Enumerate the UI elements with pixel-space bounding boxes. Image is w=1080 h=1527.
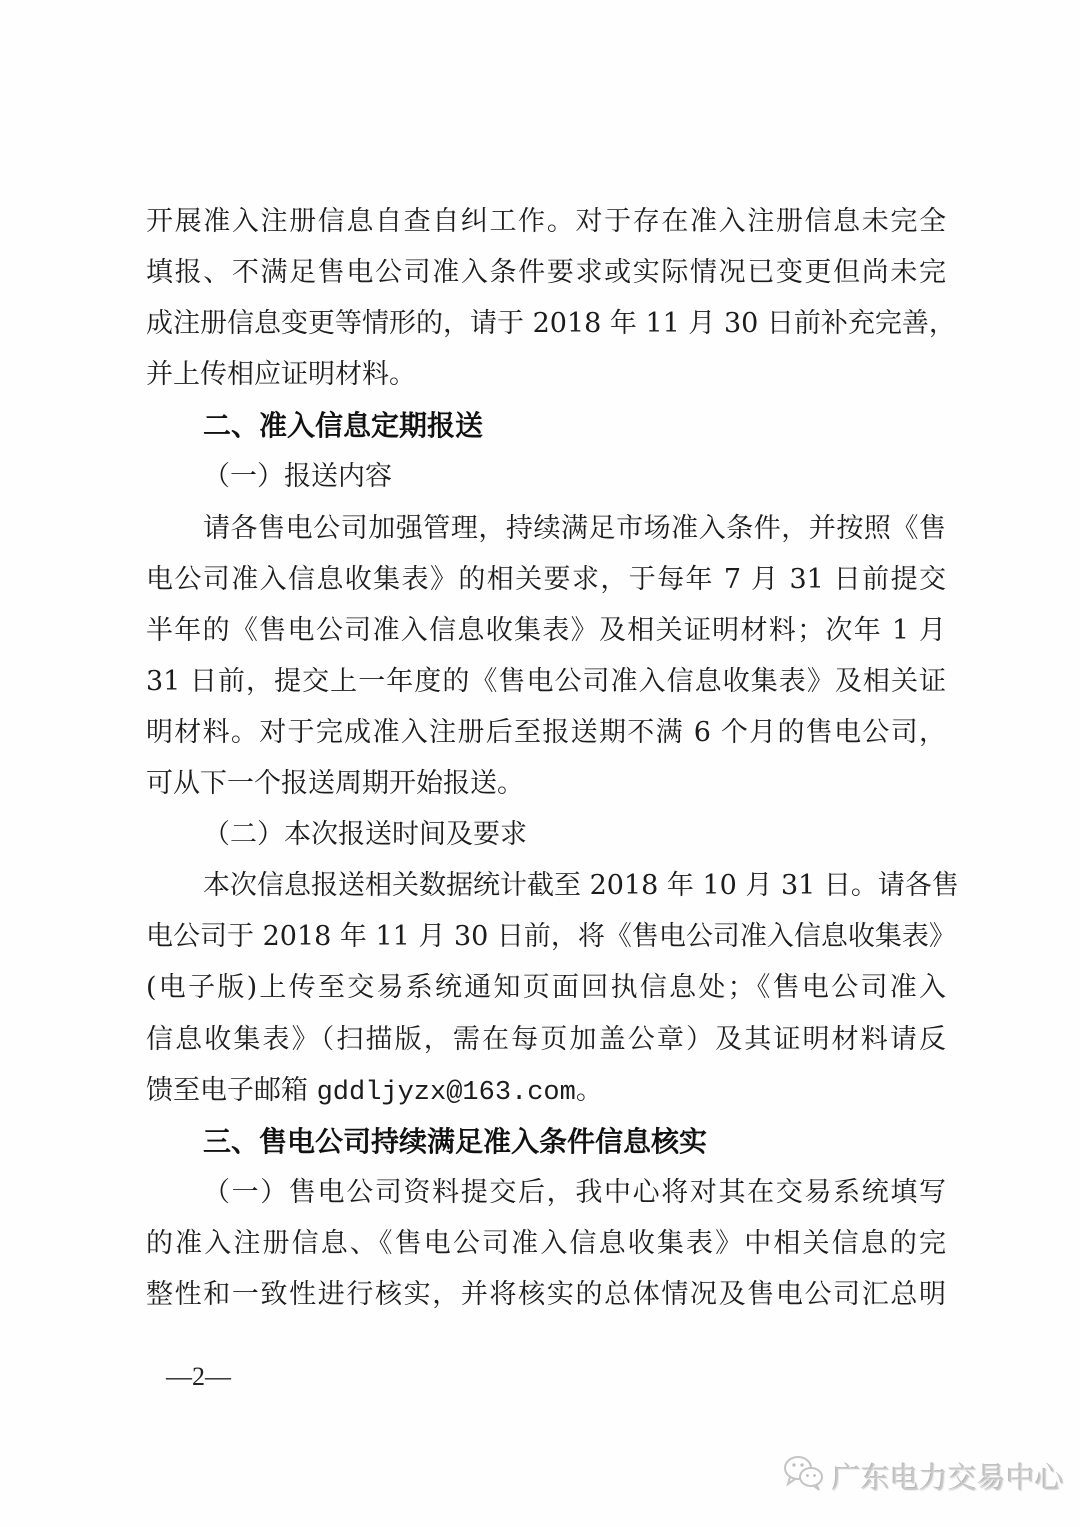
section-heading-3: 三、售电公司持续满足准入条件信息核实 [146, 1116, 946, 1167]
body-line: 电公司准入信息收集表》的相关要求，于每年 7 月 31 日前提交 [146, 554, 946, 605]
body-line: 明材料。对于完成准入注册后至报送期不满 6 个月的售电公司， [146, 707, 946, 758]
email-line: 馈至电子邮箱 gddljyzx@163.com。 [146, 1065, 946, 1116]
document-body: 开展准入注册信息自查自纠工作。对于存在准入注册信息未完全 填报、不满足售电公司准… [146, 196, 946, 1320]
body-line: 电公司于 2018 年 11 月 30 日前，将《售电公司准入信息收集表》 [146, 911, 946, 962]
watermark-text: 广东电力交易中心 [832, 1456, 1064, 1497]
subsection-heading: （二）本次报送时间及要求 [146, 809, 946, 860]
body-line: 开展准入注册信息自查自纠工作。对于存在准入注册信息未完全 [146, 196, 946, 247]
body-line: 并上传相应证明材料。 [146, 349, 946, 400]
body-line: 请各售电公司加强管理，持续满足市场准入条件，并按照《售 [146, 503, 946, 554]
document-page: 开展准入注册信息自查自纠工作。对于存在准入注册信息未完全 填报、不满足售电公司准… [0, 0, 1080, 1527]
email-address: gddljyzx@163.com [317, 1078, 576, 1108]
page-number: —2— [166, 1362, 231, 1392]
body-line: 填报、不满足售电公司准入条件要求或实际情况已变更但尚未完 [146, 247, 946, 298]
body-line: 整性和一致性进行核实，并将核实的总体情况及售电公司汇总明 [146, 1269, 946, 1320]
wechat-icon [782, 1453, 826, 1500]
body-line: 信息收集表》（扫描版，需在每页加盖公章）及其证明材料请反 [146, 1014, 946, 1065]
body-line: 成注册信息变更等情形的，请于 2018 年 11 月 30 日前补充完善， [146, 298, 946, 349]
body-line: 本次信息报送相关数据统计截至 2018 年 10 月 31 日。请各售 [146, 860, 946, 911]
body-line: 可从下一个报送周期开始报送。 [146, 758, 946, 809]
body-line: (电子版)上传至交易系统通知页面回执信息处；《售电公司准入 [146, 962, 946, 1013]
body-line: 31 日前，提交上一年度的《售电公司准入信息收集表》及相关证 [146, 656, 946, 707]
subsection-heading: （一）报送内容 [146, 451, 946, 502]
email-line-prefix: 馈至电子邮箱 [146, 1075, 317, 1106]
email-line-suffix: 。 [576, 1075, 603, 1106]
body-line: 的准入注册信息、《售电公司准入信息收集表》中相关信息的完 [146, 1218, 946, 1269]
watermark: 广东电力交易中心 [782, 1456, 1064, 1496]
section-heading-2: 二、准入信息定期报送 [146, 400, 946, 451]
body-line: 半年的《售电公司准入信息收集表》及相关证明材料；次年 1 月 [146, 605, 946, 656]
body-line: （一）售电公司资料提交后，我中心将对其在交易系统填写 [146, 1167, 946, 1218]
